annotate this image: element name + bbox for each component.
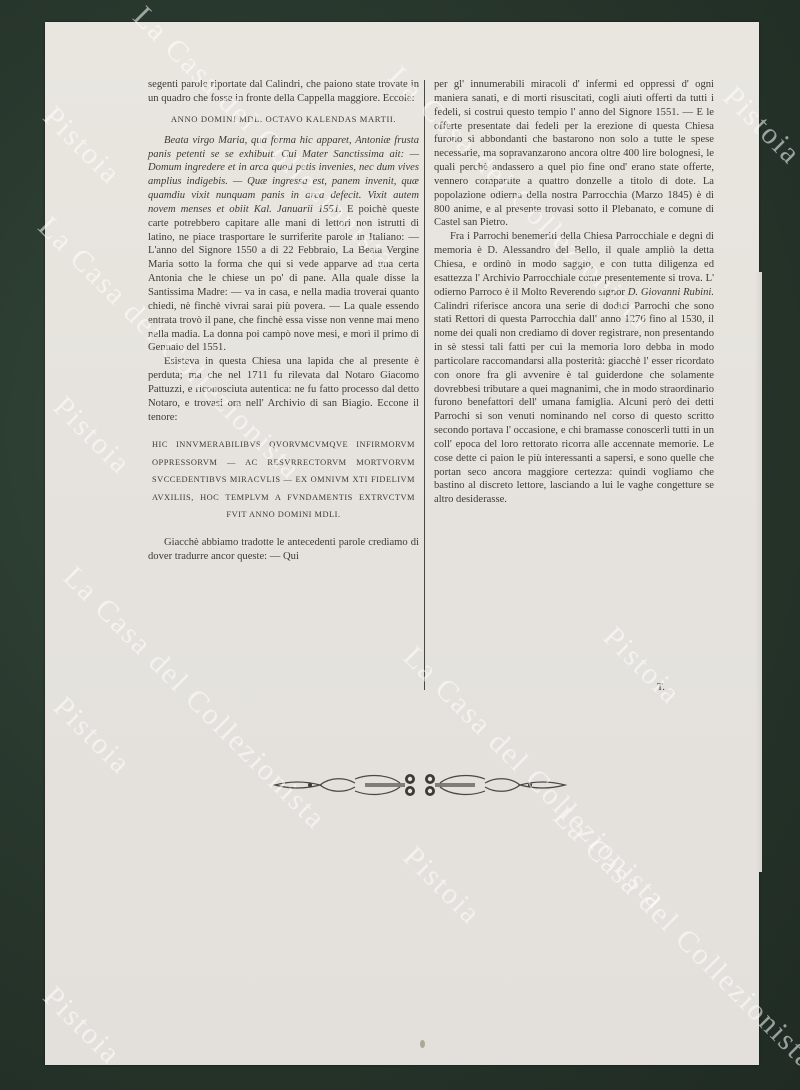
closing-paragraph: Giacchè abbiamo tradotte le antecedenti …	[148, 536, 419, 564]
parroco-name: D. Giovanni Rubini.	[628, 287, 714, 298]
lapide-paragraph: Esisteva in questa Chiesa una lapida che…	[148, 355, 419, 424]
right-column: per gl' innumerabili miracoli d' infermi…	[434, 78, 714, 507]
column-divider	[424, 80, 425, 690]
translation-text: E poichè queste carte potrebbero capitar…	[148, 204, 419, 353]
left-column: segenti parole riportate dal Calindri, c…	[148, 78, 419, 564]
intro-paragraph: segenti parole riportate dal Calindri, c…	[148, 78, 419, 106]
inscription: HIC INNVMERABILIBVS QVORVMCVMQVE INFIRMO…	[152, 436, 415, 524]
document-page: segenti parole riportate dal Calindri, c…	[45, 22, 759, 1065]
paper-stain	[420, 1040, 425, 1048]
parroci-paragraph: Fra i Parrochi benemeriti della Chiesa P…	[434, 230, 714, 507]
latin-text: Beata virgo Maria, qua forma hic apparet…	[148, 134, 419, 356]
ornament-icon	[270, 769, 570, 801]
signature: T.	[657, 682, 665, 693]
continuation-paragraph: per gl' innumerabili miracoli d' infermi…	[434, 78, 714, 230]
latin-heading: ANNO DOMINI MDL. OCTAVO KALENDAS MARTII.	[148, 113, 419, 126]
